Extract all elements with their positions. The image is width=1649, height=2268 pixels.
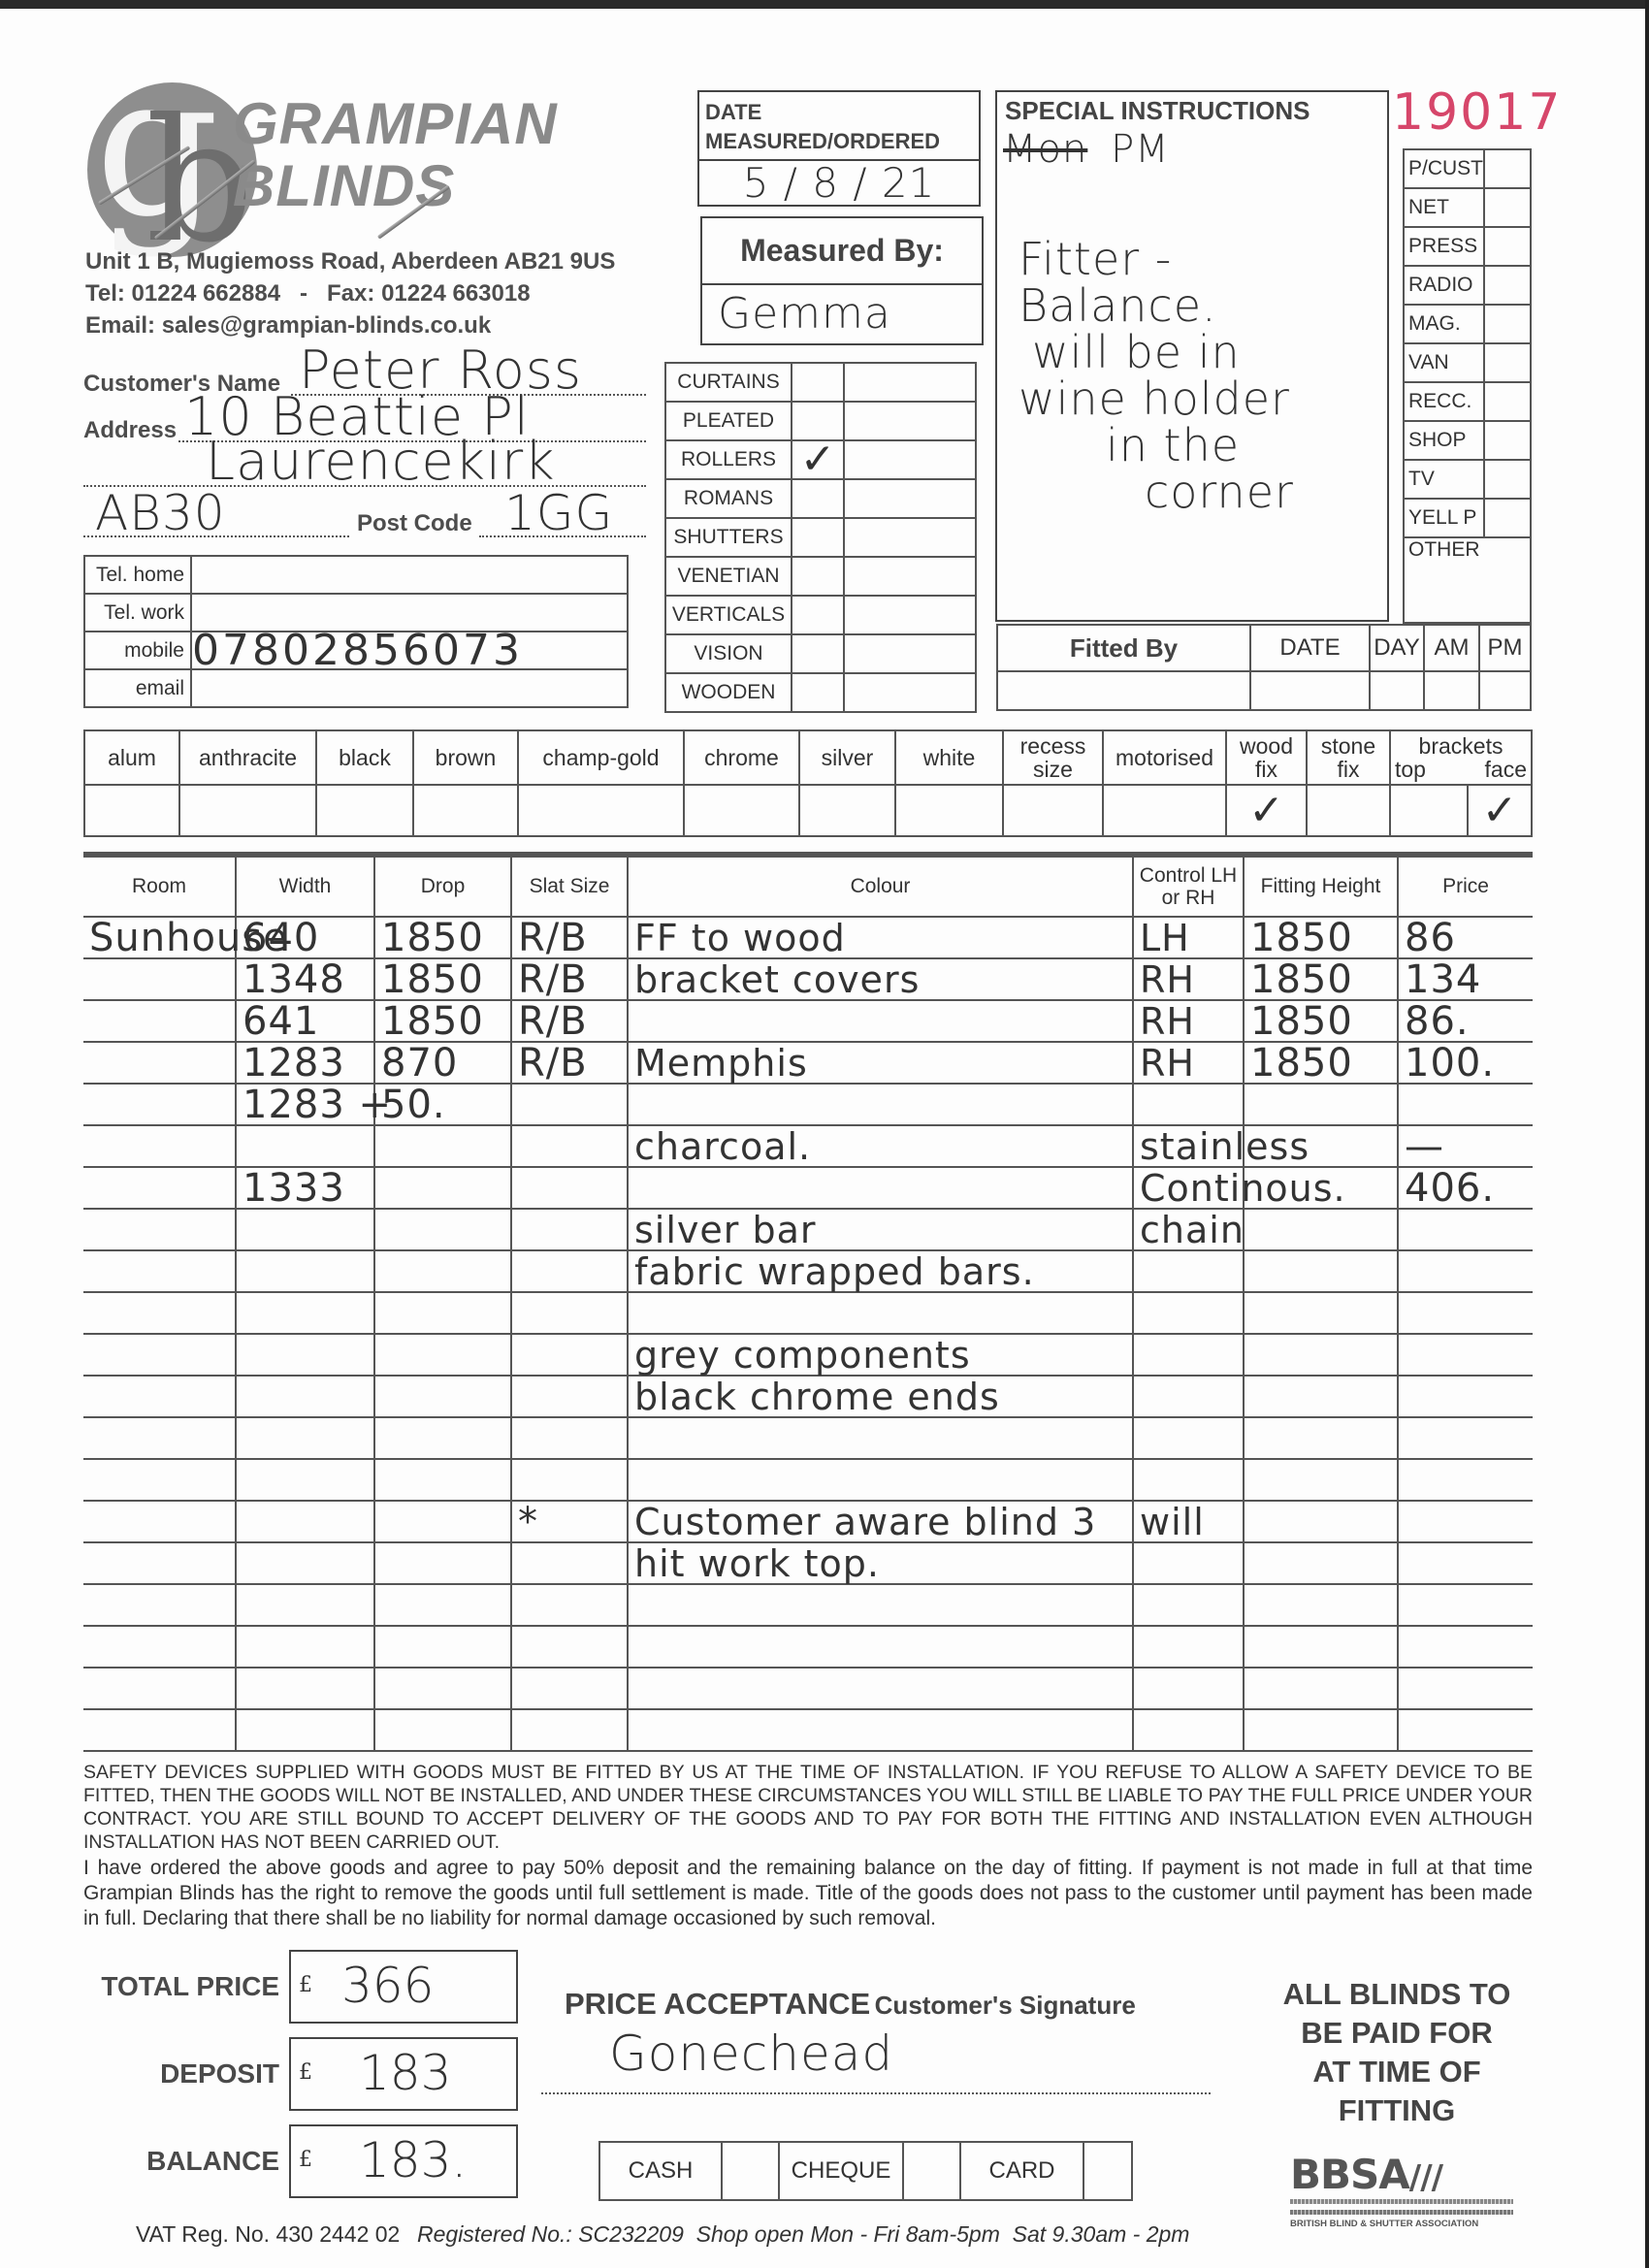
cell-drop[interactable] <box>374 1125 511 1167</box>
cell-slat-size[interactable] <box>511 1125 628 1167</box>
fitted-day-value[interactable] <box>1370 671 1424 710</box>
source-other[interactable]: OTHER <box>1404 537 1531 623</box>
cell-control[interactable]: Continous. <box>1133 1167 1244 1209</box>
cell-colour[interactable]: hit work top. <box>628 1542 1133 1584</box>
product-type-checkbox[interactable] <box>792 634 844 673</box>
option-cell[interactable] <box>895 785 1003 836</box>
cell-colour[interactable]: silver bar <box>628 1209 1133 1250</box>
cell-drop[interactable]: 870 <box>374 1042 511 1084</box>
brackets-top-cell[interactable] <box>1390 785 1468 836</box>
cell-colour[interactable] <box>628 1459 1133 1501</box>
cell-fitting-height[interactable] <box>1244 1084 1398 1125</box>
note-line: corner <box>1018 469 1294 515</box>
product-type-notes[interactable] <box>844 518 976 557</box>
table-row: Sunhouse6401850R/BFF to woodLH185086 <box>83 917 1533 958</box>
cell-price[interactable] <box>1398 1334 1533 1376</box>
registered-info: Registered No.: SC232209 Shop open Mon -… <box>417 2221 1189 2248</box>
cell-colour[interactable]: black chrome ends <box>628 1376 1133 1417</box>
cell-colour[interactable] <box>628 1084 1133 1125</box>
wood-fix-check[interactable]: ✓ <box>1226 785 1307 836</box>
source-checkbox[interactable] <box>1484 343 1531 382</box>
cell-price[interactable] <box>1398 1376 1533 1417</box>
product-type-notes[interactable] <box>844 402 976 440</box>
cell-slat-size[interactable] <box>511 1668 628 1709</box>
cell-slat-size[interactable]: R/B <box>511 1000 628 1042</box>
table-row: 1283 +50. <box>83 1084 1533 1125</box>
source-checkbox[interactable] <box>1484 460 1531 499</box>
cell-price[interactable] <box>1398 1250 1533 1292</box>
fitted-pm-value[interactable] <box>1479 671 1531 710</box>
cell-price[interactable] <box>1398 1626 1533 1668</box>
source-item: TV <box>1404 460 1484 499</box>
cell-drop[interactable] <box>374 1584 511 1626</box>
cell-colour[interactable] <box>628 1626 1133 1668</box>
option-cell[interactable] <box>179 785 316 836</box>
cell-colour[interactable] <box>628 1167 1133 1209</box>
option-cell[interactable] <box>799 785 895 836</box>
deposit-box[interactable]: £ 183 <box>289 2037 518 2111</box>
cell-width[interactable] <box>236 1501 374 1542</box>
note-line: will be in <box>1018 329 1294 375</box>
product-type-label: VISION <box>665 634 792 673</box>
address-label: Address <box>83 417 177 444</box>
cell-width[interactable] <box>236 1709 374 1751</box>
cell-width[interactable] <box>236 1668 374 1709</box>
product-type-checkbox[interactable] <box>792 557 844 596</box>
cell-fitting-height[interactable] <box>1244 1292 1398 1334</box>
company-address: Unit 1 B, Mugiemoss Road, Aberdeen AB21 … <box>85 248 615 275</box>
address-value-3[interactable]: AB30 <box>95 485 226 541</box>
cell-drop[interactable] <box>374 1626 511 1668</box>
cell-control[interactable]: will <box>1133 1501 1244 1542</box>
table-row: 13481850R/Bbracket coversRH1850134 <box>83 958 1533 1000</box>
cell-room[interactable] <box>83 1542 236 1584</box>
cell-colour[interactable]: grey components <box>628 1334 1133 1376</box>
cell-price[interactable] <box>1398 1292 1533 1334</box>
table-row: charcoal.stainless— <box>83 1125 1533 1167</box>
cell-slat-size[interactable] <box>511 1417 628 1459</box>
cell-slat-size[interactable] <box>511 1334 628 1376</box>
payment-cheque-label: CHEQUE <box>779 2142 903 2200</box>
cell-control[interactable] <box>1133 1626 1244 1668</box>
cell-drop[interactable] <box>374 1250 511 1292</box>
cell-drop[interactable]: 1850 <box>374 917 511 958</box>
brackets-face-label: face <box>1485 758 1527 781</box>
table-row: 1283870R/BMemphisRH1850100. <box>83 1042 1533 1084</box>
product-type-checkbox[interactable]: ✓ <box>792 440 844 479</box>
brackets-header: brackets top face <box>1390 730 1532 785</box>
cell-drop[interactable] <box>374 1459 511 1501</box>
bbsa-stripes-icon: /// <box>1409 2158 1442 2197</box>
cell-fitting-height[interactable] <box>1244 1542 1398 1584</box>
cell-control[interactable] <box>1133 1084 1244 1125</box>
cell-colour[interactable] <box>628 1292 1133 1334</box>
product-type-notes[interactable] <box>844 557 976 596</box>
cell-width[interactable] <box>236 1459 374 1501</box>
cell-room[interactable] <box>83 1000 236 1042</box>
source-item: PRESS <box>1404 227 1484 266</box>
table-row <box>83 1668 1533 1709</box>
company-email: Email: sales@grampian-blinds.co.uk <box>85 312 491 340</box>
cell-control[interactable] <box>1133 1709 1244 1751</box>
notice-line: FITTING <box>1251 2091 1542 2130</box>
option-header: wood fix <box>1226 730 1307 785</box>
cell-room[interactable] <box>83 1084 236 1125</box>
option-header: black <box>316 730 413 785</box>
cell-room[interactable] <box>83 1125 236 1167</box>
special-instructions-time[interactable]: PM <box>1111 127 1170 172</box>
cell-room[interactable] <box>83 1501 236 1542</box>
cell-room[interactable] <box>83 1250 236 1292</box>
cell-price[interactable] <box>1398 1668 1533 1709</box>
struck-word: Mon <box>1003 127 1087 172</box>
product-type-notes[interactable] <box>844 596 976 634</box>
cell-price[interactable] <box>1398 1542 1533 1584</box>
product-type-list: CURTAINS PLEATED ROLLERS✓ ROMANS SHUTTER… <box>664 362 977 713</box>
cell-slat-size[interactable] <box>511 1376 628 1417</box>
source-item: VAN <box>1404 343 1484 382</box>
col-room: Room <box>83 857 236 917</box>
cell-slat-size[interactable] <box>511 1459 628 1501</box>
cell-room[interactable] <box>83 1626 236 1668</box>
cell-drop[interactable] <box>374 1209 511 1250</box>
cell-room[interactable] <box>83 958 236 1000</box>
product-type-label: CURTAINS <box>665 363 792 402</box>
cell-control[interactable] <box>1133 1292 1244 1334</box>
cell-width[interactable] <box>236 1292 374 1334</box>
product-type-label: PLEATED <box>665 402 792 440</box>
fitted-date-header: DATE <box>1250 625 1370 671</box>
payment-cash-box[interactable] <box>722 2142 779 2200</box>
fitted-pm-header: PM <box>1479 625 1531 671</box>
balance-value: 183. <box>359 2132 467 2188</box>
cell-fitting-height[interactable] <box>1244 1709 1398 1751</box>
brackets-label: brackets <box>1395 734 1527 758</box>
source-checkbox[interactable] <box>1484 227 1531 266</box>
cell-control[interactable] <box>1133 1584 1244 1626</box>
option-cell[interactable] <box>518 785 684 836</box>
payment-method-table: CASH CHEQUE CARD <box>598 2141 1133 2201</box>
mobile-field[interactable]: 07802856073 <box>191 632 628 669</box>
payment-card-box[interactable] <box>1083 2142 1132 2200</box>
special-instructions-notes[interactable]: Fitter - Balance. will be in wine holder… <box>1018 236 1294 515</box>
cell-width[interactable] <box>236 1376 374 1417</box>
total-price-box[interactable]: £ 366 <box>289 1950 518 2024</box>
cell-room[interactable]: Sunhouse <box>83 917 236 958</box>
bbsa-mark: BBSA <box>1290 2151 1409 2198</box>
cell-width[interactable]: 1283 <box>236 1042 374 1084</box>
total-price-value: 366 <box>341 1958 434 2014</box>
cell-slat-size[interactable] <box>511 1250 628 1292</box>
cell-width[interactable]: 1348 <box>236 958 374 1000</box>
cell-control[interactable] <box>1133 1376 1244 1417</box>
cell-width[interactable]: 1333 <box>236 1167 374 1209</box>
cell-colour[interactable]: bracket covers <box>628 958 1133 1000</box>
postcode-value[interactable]: 1GG <box>504 485 613 541</box>
cell-slat-size[interactable] <box>511 1084 628 1125</box>
note-line: Fitter - <box>1018 236 1294 282</box>
option-cell[interactable] <box>1103 785 1226 836</box>
source-checkbox[interactable] <box>1484 305 1531 343</box>
cell-drop[interactable] <box>374 1417 511 1459</box>
cell-drop[interactable]: 1850 <box>374 1000 511 1042</box>
option-header: anthracite <box>179 730 316 785</box>
cell-colour[interactable]: Memphis <box>628 1042 1133 1084</box>
cell-fitting-height[interactable] <box>1244 1417 1398 1459</box>
option-header: chrome <box>684 730 799 785</box>
cell-control[interactable] <box>1133 1542 1244 1584</box>
option-cell[interactable] <box>316 785 413 836</box>
cell-slat-size[interactable] <box>511 1709 628 1751</box>
cell-control[interactable] <box>1133 1417 1244 1459</box>
product-type-label: VERTICALS <box>665 596 792 634</box>
customer-signature[interactable]: Gonechead <box>609 2025 893 2082</box>
cell-fitting-height[interactable] <box>1244 1334 1398 1376</box>
notice-line: AT TIME OF <box>1251 2053 1542 2091</box>
cell-drop[interactable] <box>374 1292 511 1334</box>
cell-room[interactable] <box>83 1334 236 1376</box>
product-type-checkbox[interactable] <box>792 673 844 712</box>
cell-room[interactable] <box>83 1292 236 1334</box>
table-row <box>83 1459 1533 1501</box>
cell-fitting-height[interactable]: 1850 <box>1244 958 1398 1000</box>
cell-fitting-height[interactable] <box>1244 1626 1398 1668</box>
cell-drop[interactable] <box>374 1376 511 1417</box>
product-type-checkbox[interactable] <box>792 518 844 557</box>
note-line: wine holder <box>1018 375 1294 422</box>
cell-price[interactable]: 86 <box>1398 917 1533 958</box>
pound-sign: £ <box>299 2060 312 2085</box>
cell-colour[interactable]: Customer aware blind 3 <box>628 1501 1133 1542</box>
fitted-date-value[interactable] <box>1250 671 1370 710</box>
cell-colour[interactable] <box>628 1709 1133 1751</box>
cell-drop[interactable] <box>374 1167 511 1209</box>
cell-price[interactable] <box>1398 1084 1533 1125</box>
cell-width[interactable] <box>236 1626 374 1668</box>
cell-width[interactable] <box>236 1542 374 1584</box>
contact-label: mobile <box>84 632 191 669</box>
table-row: grey components <box>83 1334 1533 1376</box>
balance-box[interactable]: £ 183. <box>289 2124 518 2198</box>
source-checkbox[interactable] <box>1484 382 1531 421</box>
cell-width[interactable]: 1283 + <box>236 1084 374 1125</box>
cell-room[interactable] <box>83 1167 236 1209</box>
source-checkbox[interactable] <box>1484 149 1531 188</box>
cell-width[interactable] <box>236 1209 374 1250</box>
cell-price[interactable] <box>1398 1501 1533 1542</box>
cell-price[interactable] <box>1398 1209 1533 1250</box>
source-item: NET <box>1404 188 1484 227</box>
address-value-2[interactable]: Laurencekirk <box>206 431 556 492</box>
cell-width[interactable] <box>236 1334 374 1376</box>
cell-slat-size[interactable] <box>511 1209 628 1250</box>
cell-control[interactable] <box>1133 1668 1244 1709</box>
product-type-notes[interactable] <box>844 363 976 402</box>
cell-drop[interactable] <box>374 1542 511 1584</box>
date-label-line1: DATE <box>705 98 973 127</box>
product-type-label: WOODEN <box>665 673 792 712</box>
cell-fitting-height[interactable] <box>1244 1501 1398 1542</box>
date-measured-box: DATE MEASURED/ORDERED 5 / 8 / 21 <box>697 90 981 207</box>
cell-width[interactable] <box>236 1125 374 1167</box>
cell-drop[interactable] <box>374 1668 511 1709</box>
source-item: RADIO <box>1404 266 1484 305</box>
cell-drop[interactable]: 1850 <box>374 958 511 1000</box>
cell-price[interactable] <box>1398 1417 1533 1459</box>
cell-slat-size[interactable] <box>511 1626 628 1668</box>
price-acceptance-title: PRICE ACCEPTANCE <box>565 1987 870 2021</box>
cell-fitting-height[interactable] <box>1244 1250 1398 1292</box>
date-label-line2: MEASURED/ORDERED <box>705 127 973 156</box>
cell-control[interactable]: RH <box>1133 1000 1244 1042</box>
cell-fitting-height[interactable] <box>1244 1376 1398 1417</box>
cell-price[interactable] <box>1398 1709 1533 1751</box>
cell-colour[interactable]: charcoal. <box>628 1125 1133 1167</box>
brackets-face-check[interactable]: ✓ <box>1468 785 1532 836</box>
cell-room[interactable] <box>83 1709 236 1751</box>
cell-control[interactable] <box>1133 1459 1244 1501</box>
cell-colour[interactable] <box>628 1584 1133 1626</box>
cell-width[interactable] <box>236 1417 374 1459</box>
product-type-notes[interactable] <box>844 479 976 518</box>
cell-colour[interactable]: FF to wood <box>628 917 1133 958</box>
cell-colour[interactable] <box>628 1000 1133 1042</box>
table-row: 1333Continous.406. <box>83 1167 1533 1209</box>
email-field[interactable] <box>191 669 628 707</box>
cell-control[interactable] <box>1133 1334 1244 1376</box>
company-phone: Tel: 01224 662884 - Fax: 01224 663018 <box>85 280 531 308</box>
product-type-notes[interactable] <box>844 673 976 712</box>
special-instructions-box: SPECIAL INSTRUCTIONS Mon PM Fitter - Bal… <box>995 90 1389 622</box>
cell-price[interactable]: — <box>1398 1125 1533 1167</box>
product-type-checkbox[interactable] <box>792 479 844 518</box>
cell-slat-size[interactable]: R/B <box>511 917 628 958</box>
cell-width[interactable]: 641 <box>236 1000 374 1042</box>
cell-price[interactable]: 406. <box>1398 1167 1533 1209</box>
cell-room[interactable] <box>83 1042 236 1084</box>
cell-control[interactable]: chain <box>1133 1209 1244 1250</box>
cell-slat-size[interactable] <box>511 1292 628 1334</box>
cell-width[interactable] <box>236 1584 374 1626</box>
tel-home-field[interactable] <box>191 556 628 594</box>
table-row <box>83 1417 1533 1459</box>
date-value[interactable]: 5 / 8 / 21 <box>699 161 979 206</box>
option-cell[interactable] <box>84 785 179 836</box>
fitted-by-value[interactable] <box>997 671 1250 710</box>
cell-room[interactable] <box>83 1584 236 1626</box>
cell-control[interactable]: RH <box>1133 1042 1244 1084</box>
cell-fitting-height[interactable] <box>1244 1209 1398 1250</box>
cell-price[interactable] <box>1398 1584 1533 1626</box>
option-cell[interactable] <box>1307 785 1390 836</box>
source-checkbox[interactable] <box>1484 499 1531 537</box>
cell-colour[interactable] <box>628 1417 1133 1459</box>
note-line: Balance. <box>1018 282 1294 329</box>
option-cell[interactable] <box>1003 785 1103 836</box>
cell-room[interactable] <box>83 1376 236 1417</box>
cell-drop[interactable] <box>374 1501 511 1542</box>
product-type-notes[interactable] <box>844 634 976 673</box>
cell-slat-size[interactable] <box>511 1167 628 1209</box>
bbsa-bar <box>1290 2199 1513 2204</box>
fitted-am-value[interactable] <box>1424 671 1479 710</box>
price-acceptance-subtitle: Customer's Signature <box>875 1991 1136 2020</box>
cell-slat-size[interactable] <box>511 1542 628 1584</box>
table-row: 6411850R/BRH185086. <box>83 1000 1533 1042</box>
cell-colour[interactable] <box>628 1668 1133 1709</box>
cell-fitting-height[interactable]: 1850 <box>1244 917 1398 958</box>
option-header: stone fix <box>1307 730 1390 785</box>
cell-slat-size[interactable]: R/B <box>511 1042 628 1084</box>
cell-slat-size[interactable]: * <box>511 1501 628 1542</box>
payment-cheque-box[interactable] <box>903 2142 960 2200</box>
cell-drop[interactable] <box>374 1334 511 1376</box>
product-type-notes[interactable] <box>844 440 976 479</box>
cell-drop[interactable] <box>374 1709 511 1751</box>
option-cell[interactable] <box>413 785 518 836</box>
contact-label: Tel. work <box>84 594 191 632</box>
options-table: alum anthracite black brown champ-gold c… <box>83 729 1533 837</box>
cell-fitting-height[interactable]: 1850 <box>1244 1042 1398 1084</box>
cell-control[interactable]: LH <box>1133 917 1244 958</box>
cell-room[interactable] <box>83 1417 236 1459</box>
option-cell[interactable] <box>684 785 799 836</box>
pound-sign: £ <box>299 2148 312 2172</box>
cell-fitting-height[interactable]: 1850 <box>1244 1000 1398 1042</box>
measured-by-label: Measured By: <box>702 218 982 285</box>
cell-price[interactable] <box>1398 1459 1533 1501</box>
cell-room[interactable] <box>83 1668 236 1709</box>
table-row <box>83 1626 1533 1668</box>
cell-fitting-height[interactable] <box>1244 1668 1398 1709</box>
cell-control[interactable]: stainless <box>1133 1125 1244 1167</box>
fitted-am-header: AM <box>1424 625 1479 671</box>
order-table: Room Width Drop Slat Size Colour Control… <box>83 856 1533 1752</box>
col-drop: Drop <box>374 857 511 917</box>
pound-sign: £ <box>299 1973 312 1997</box>
cell-width[interactable] <box>236 1250 374 1292</box>
source-checkbox[interactable] <box>1484 188 1531 227</box>
cell-price[interactable]: 100. <box>1398 1042 1533 1084</box>
cell-control[interactable] <box>1133 1250 1244 1292</box>
cell-drop[interactable]: 50. <box>374 1084 511 1125</box>
note-line: in the <box>1018 422 1294 469</box>
product-type-label: VENETIAN <box>665 557 792 596</box>
source-checkbox[interactable] <box>1484 266 1531 305</box>
bbsa-logo: BBSA/// BRITISH BLIND & SHUTTER ASSOCIAT… <box>1290 2157 1513 2229</box>
cell-slat-size[interactable] <box>511 1584 628 1626</box>
bbsa-bar <box>1290 2210 1513 2215</box>
cell-control[interactable]: RH <box>1133 958 1244 1000</box>
cell-colour[interactable]: fabric wrapped bars. <box>628 1250 1133 1292</box>
cell-room[interactable] <box>83 1459 236 1501</box>
cell-price[interactable]: 86. <box>1398 1000 1533 1042</box>
product-type-checkbox[interactable] <box>792 596 844 634</box>
cell-room[interactable] <box>83 1209 236 1250</box>
source-item: YELL P <box>1404 499 1484 537</box>
product-type-checkbox[interactable] <box>792 363 844 402</box>
source-checkbox[interactable] <box>1484 421 1531 460</box>
option-header: motorised <box>1103 730 1226 785</box>
cell-slat-size[interactable]: R/B <box>511 958 628 1000</box>
safety-notice: SAFETY DEVICES SUPPLIED WITH GOODS MUST … <box>83 1761 1533 1854</box>
cell-price[interactable]: 134 <box>1398 958 1533 1000</box>
measured-by-value[interactable]: Gemma <box>702 285 982 343</box>
cell-width[interactable]: 640 <box>236 917 374 958</box>
cell-fitting-height[interactable] <box>1244 1584 1398 1626</box>
total-price-label: TOTAL PRICE <box>58 1971 279 2002</box>
cell-fitting-height[interactable] <box>1244 1459 1398 1501</box>
